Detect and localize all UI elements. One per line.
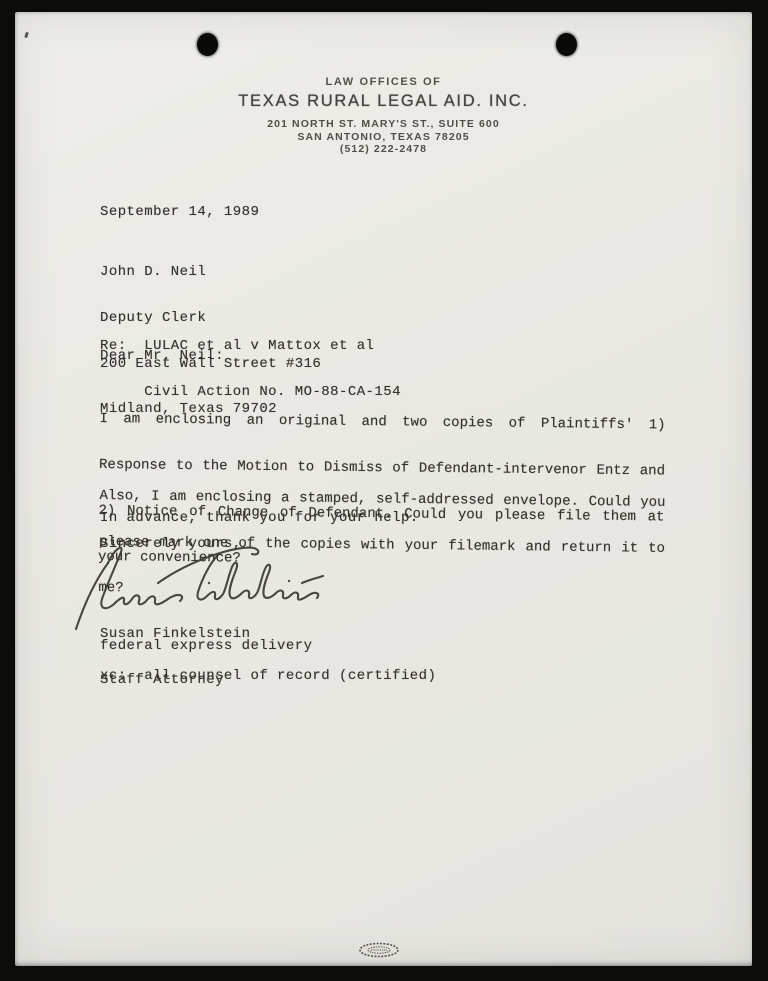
date-line: September 14, 1989 — [100, 205, 259, 220]
letterhead-office-line: LAW OFFICES OF — [15, 76, 752, 88]
embossed-seal-icon — [357, 941, 401, 959]
scanned-document-page: LAW OFFICES OF TEXAS RURAL LEGAL AID. IN… — [0, 0, 768, 981]
closing-line: In advance, thank you for your help. — [100, 511, 419, 526]
hole-punch-right — [556, 33, 577, 56]
letterhead-address-line1: 201 NORTH ST. MARY'S ST., SUITE 600 — [15, 118, 752, 131]
letterhead-firm-name: TEXAS RURAL LEGAL AID. INC. — [15, 92, 752, 111]
hole-punch-left — [197, 33, 218, 56]
letter-paper: LAW OFFICES OF TEXAS RURAL LEGAL AID. IN… — [15, 12, 752, 966]
typed-signer-block: Susan Finkelstein Staff Attorney — [100, 597, 250, 719]
scan-speck — [24, 32, 29, 39]
letterhead-phone: (512) 222-2478 — [15, 143, 752, 156]
letterhead-address-line2: SAN ANTONIO, TEXAS 78205 — [15, 131, 752, 144]
recipient-line: John D. Neil — [100, 265, 321, 280]
salutation-line: Dear Mr. Neil: — [100, 349, 224, 364]
cc-line: xc: all counsel of record (certified) — [100, 669, 436, 684]
body-line: I am enclosing an original and two copie… — [99, 412, 665, 434]
letterhead: LAW OFFICES OF TEXAS RURAL LEGAL AID. IN… — [15, 76, 752, 156]
delivery-note-line: federal express delivery — [100, 639, 312, 654]
body-line: Also, I am enclosing a stamped, self-add… — [99, 489, 665, 511]
